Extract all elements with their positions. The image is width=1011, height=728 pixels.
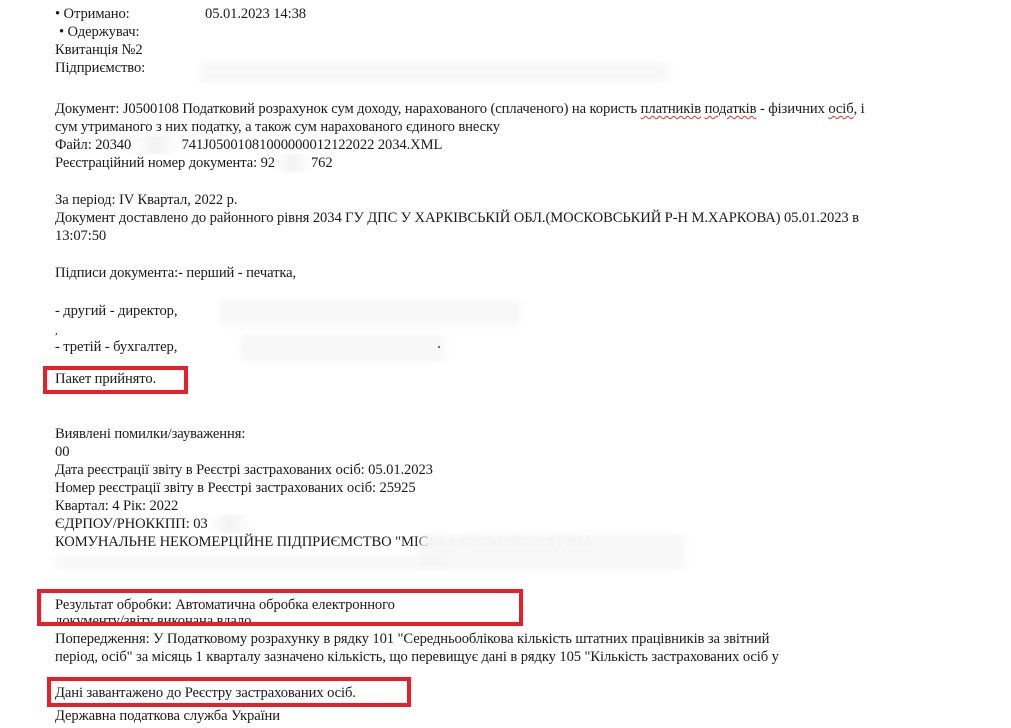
result-line-2: документу/звіту виконана вдало [55, 612, 251, 624]
spellcheck-word: податків [705, 101, 757, 117]
file-suffix: 741J05001081000000012122022 2034.XML [182, 137, 443, 153]
signatures-intro: Підписи документа:- перший - печатка, [55, 264, 296, 282]
errors-code: 00 [55, 443, 69, 461]
registry-date: Дата реєстрації звіту в Реєстрі застрахо… [55, 461, 433, 479]
redacted-organization-line-2 [55, 555, 445, 569]
spellcheck-word: платників [641, 101, 701, 117]
redacted-file-part: 0000000 [131, 136, 181, 154]
organization-name-prefix: КОМУНАЛЬНЕ НЕКОМЕРЦІЙНЕ ПІДПРИЄМСТВО "МІ… [55, 534, 428, 550]
received-label: • Отримано: [55, 6, 130, 22]
errors-label: Виявлені помилки/зауваження: [55, 425, 245, 443]
warning-line-2: період, осіб" за місяць 1 кварталу зазна… [55, 648, 779, 666]
document-desc-text: , і [854, 101, 865, 117]
received-value: 05.01.2023 14:38 [205, 5, 306, 23]
redacted-organization-block [420, 535, 685, 569]
document-line-2: сум утриманого з них податку, а також су… [55, 118, 500, 136]
signature-second: - другий - директор, [55, 302, 177, 320]
redacted-reg-number: 89980 [275, 154, 311, 172]
edrpou-line: ЄДРПОУ/РНОККПП: 03293741 [55, 515, 251, 533]
quarter-year: Квартал: 4 Рік: 2022 [55, 497, 178, 515]
edrpou-prefix: ЄДРПОУ/РНОККПП: 03 [55, 516, 208, 532]
redacted-director-name [220, 300, 520, 326]
data-uploaded: Дані завантажено до Реєстру застраховани… [55, 684, 356, 702]
redacted-edrpou: 293741 [208, 515, 251, 533]
dot-mark [438, 346, 440, 348]
registration-number-line: Реєстраційний номер документа: 928998076… [55, 154, 333, 172]
enterprise-label: Підприємство: [55, 59, 145, 77]
delivered-line-1: Документ доставлено до районного рівня 2… [55, 209, 859, 227]
package-accepted: Пакет прийнято. [55, 370, 156, 388]
file-name-line: Файл: 203400000000741J050010810000000121… [55, 136, 442, 154]
redacted-enterprise [200, 62, 670, 82]
footer-tax-service: Державна податкова служба України [55, 707, 280, 725]
period-label: За період: IV Квартал, 2022 р. [55, 191, 237, 209]
document-desc-text: Документ: J0500108 Податковий розрахунок… [55, 101, 641, 117]
document-line-1: Документ: J0500108 Податковий розрахунок… [55, 100, 865, 118]
document-desc-text: - фізичних [756, 101, 828, 117]
signature-third: - третій - бухгалтер, [55, 338, 177, 356]
reg-number-suffix: 762 [311, 155, 333, 171]
registry-number: Номер реєстрації звіту в Реєстрі застрах… [55, 479, 416, 497]
reg-number-prefix: Реєстраційний номер документа: 92 [55, 155, 275, 171]
warning-line-1: Попередження: У Податковому розрахунку в… [55, 630, 769, 648]
received-row: • Отримано: [55, 5, 130, 23]
spellcheck-word: осіб [828, 101, 853, 117]
redacted-accountant-name [240, 335, 445, 361]
receipt-title: Квитанція №2 [55, 41, 143, 59]
delivered-line-2: 13:07:50 [55, 227, 106, 245]
recipient-label: • Одержувач: [59, 23, 139, 41]
file-prefix: Файл: 20340 [55, 137, 131, 153]
